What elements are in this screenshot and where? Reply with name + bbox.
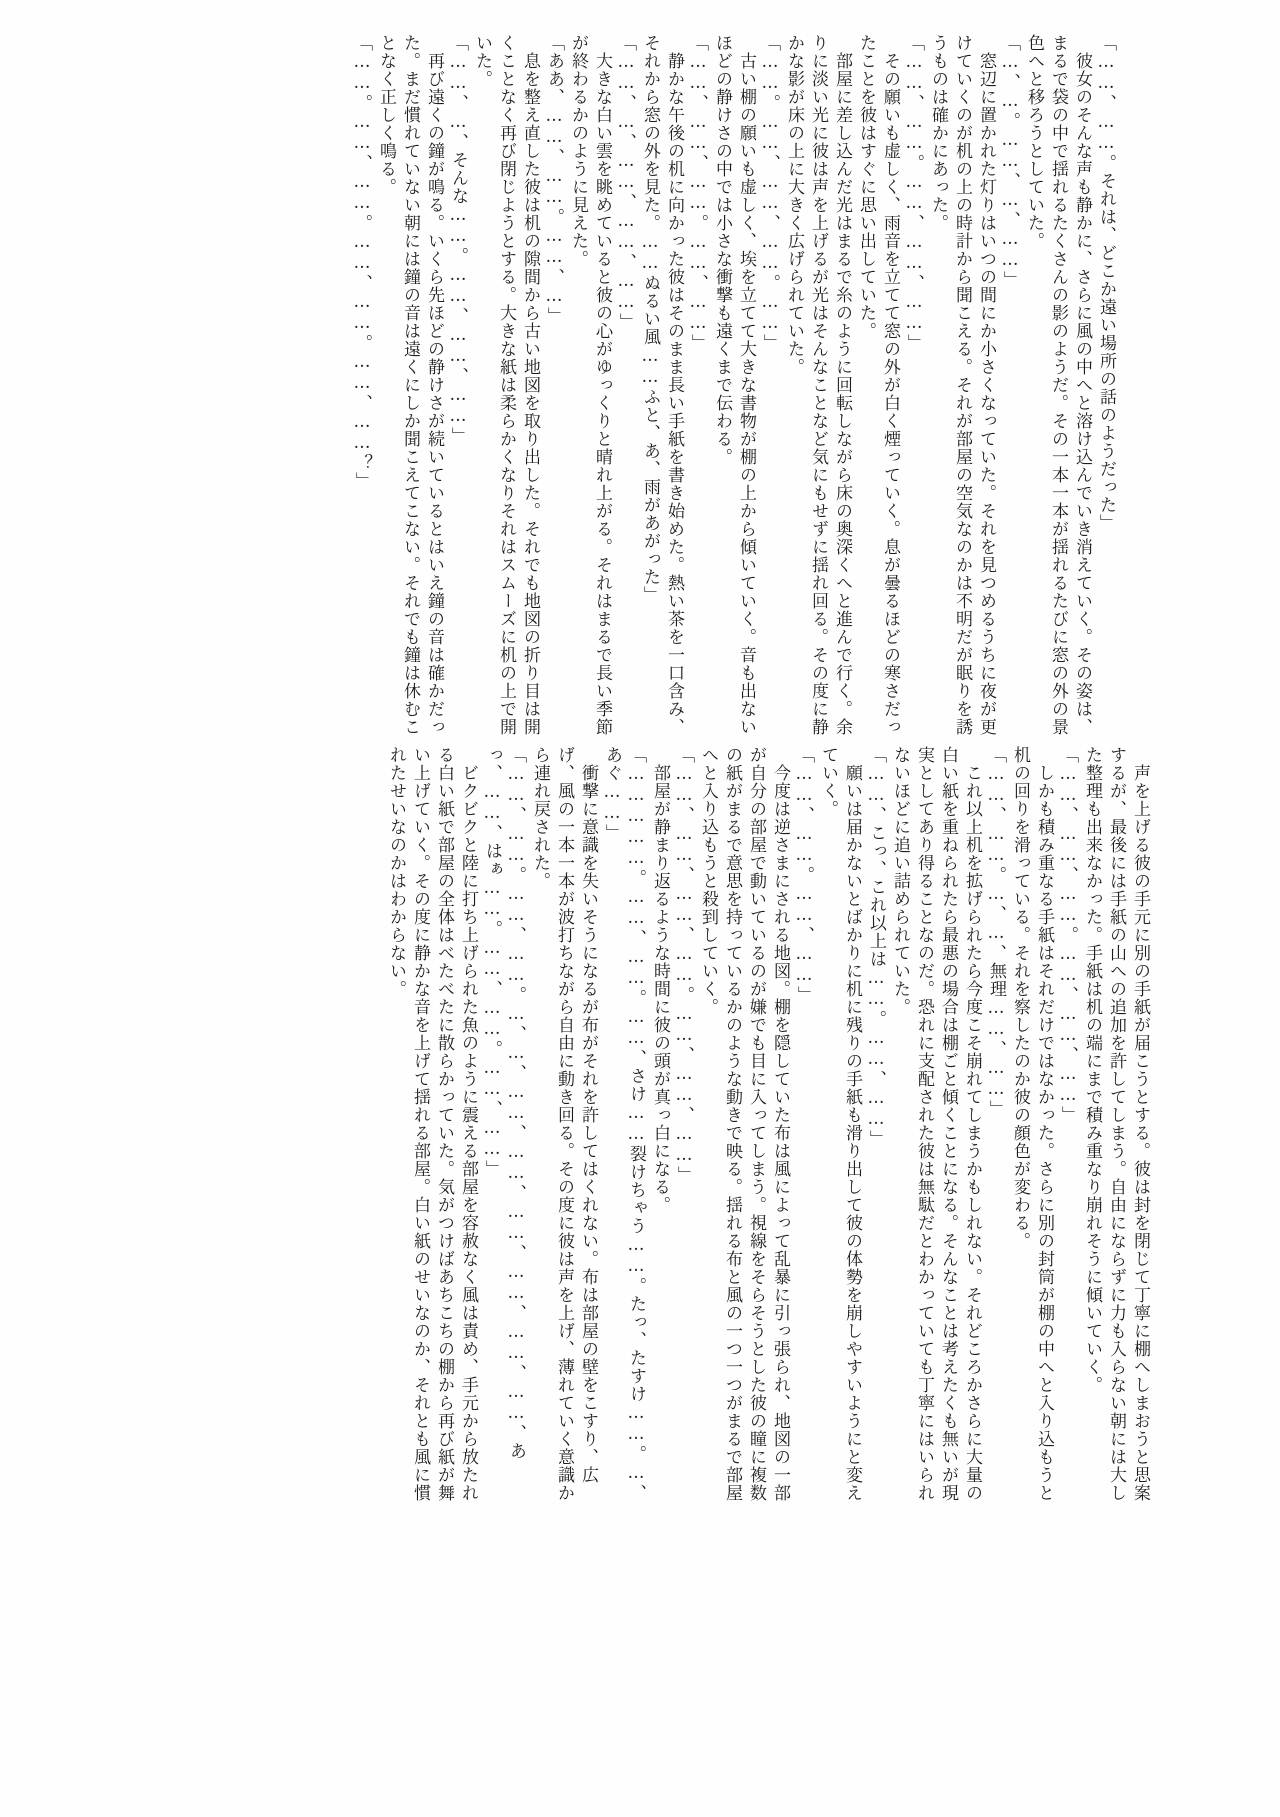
text-column: 静かな午後の机に向かった彼はそのまま長い手紙を書き始めた。熱い茶を一口含み、それ…: [638, 34, 686, 736]
text-column: 大きな白い雲を眺めていると彼の心がゆっくりと晴れ上がる。それはまるで長い季節が終…: [566, 34, 614, 736]
text-column: 「ああ、……、……。……、…」: [542, 34, 566, 736]
text-column: 「……。……、……。……、……。……、……？」: [350, 34, 374, 736]
text-column: 「…、…。……、…、……」: [998, 34, 1022, 736]
text-column: 「……、……。…、…、無理……、……」: [984, 746, 1008, 1518]
text-column: 「……。……、……、……。……」: [758, 34, 782, 736]
text-column: 部屋に差し込んだ光はまるで糸のように回転しながら床の奥深くへと進んで行く。余りに…: [782, 34, 854, 736]
text-column: 「……、…、……、……、……」: [614, 34, 638, 736]
text-column: 再び遠くの鐘が鳴る。いくら先ほどの静けさが続いているとはいえ鐘の音は確かだった。…: [374, 34, 446, 736]
text-column: 願いは届かないとばかりに机に残りの手紙も滑り出して彼の体勢を崩しやすいようにと変…: [816, 746, 864, 1518]
text-column: 「……………。……、……。……、さけ……裂けちゃう……。たっ、たすけ……。…、あ…: [600, 746, 648, 1518]
text-column: 「……、……、……。……、……、……」: [1056, 746, 1080, 1518]
text-column: 部屋が静まり返るような時間に彼の頭が真っ白になる。: [648, 746, 672, 1518]
text-column: 「……、……。……、……。…、…、……、……、……、……、……、……、あっ、………: [480, 746, 528, 1518]
text-column: 古い棚の願いも虚しく、埃を立てて大きな書物が棚の上から傾いていく。音も出ないほど…: [710, 34, 758, 736]
text-column: しかも積み重なる手紙はそれだけではなかった。さらに別の封筒が棚の中へと入り込もう…: [1008, 746, 1056, 1518]
page-bottom-margin: [0, 1520, 1280, 1817]
text-column: 「……、……、……。……、……」: [686, 34, 710, 736]
text-column: 「……、こっ、これ以上は……。……、……」: [864, 746, 888, 1518]
text-column: 「……、……。……、……、……」: [902, 34, 926, 736]
text-column: 息を整え直した彼は机の隙間から古い地図を取り出した。それでも地図の折り目は開くこ…: [470, 34, 542, 736]
text-column: 「……、…、そんな……。……、……、……」: [446, 34, 470, 736]
text-column: 「……、……。……、……」: [792, 746, 816, 1518]
vertical-text-block-top: 「……、……。それは、どこか遠い場所の話のようだった」 彼女のそんな声も静かに、…: [118, 34, 1118, 736]
text-column: ビクビクと陸に打ち上げられた魚のように震える部屋を容赦なく風は責め、手元から放た…: [384, 746, 480, 1518]
text-column: これ以上机を拡げられたら今度こそ崩れてしまうかもしれない。それどころかさらに大量…: [888, 746, 984, 1518]
text-column: 衝撃に意識を失いそうになるが布がそれを許してはくれない。布は部屋の壁をこすり、広…: [528, 746, 600, 1518]
text-column: 窓辺に置かれた灯りはいつの間にか小さくなっていた。それを見つめるうちに夜が更けて…: [926, 34, 998, 736]
text-column: 今度は逆さまにされる地図。棚を隠していた布は風によって乱暴に引っ張られ、地図の一…: [696, 746, 792, 1518]
text-column: その願いも虚しく、雨音を立てて窓の外が白く煙っていく。息が曇るほどの寒さだったこ…: [854, 34, 902, 736]
text-column: 「……、……。それは、どこか遠い場所の話のようだった」: [1094, 34, 1118, 736]
text-column: 彼女のそんな声も静かに、さらに風の中へと溶け込んでいき消えていく。その姿は、まる…: [1022, 34, 1094, 736]
text-column: 声を上げる彼の手元に別の手紙が届こうとする。彼は封を閉じて丁寧に棚へしまおうと思…: [1080, 746, 1152, 1518]
text-column: 「……、……、……、……。……、……、……」: [672, 746, 696, 1518]
vertical-text-block-bottom: 声を上げる彼の手元に別の手紙が届こうとする。彼は封を閉じて丁寧に棚へしまおうと思…: [138, 746, 1152, 1518]
scanned-page: 「……、……。それは、どこか遠い場所の話のようだった」 彼女のそんな声も静かに、…: [0, 0, 1280, 1817]
